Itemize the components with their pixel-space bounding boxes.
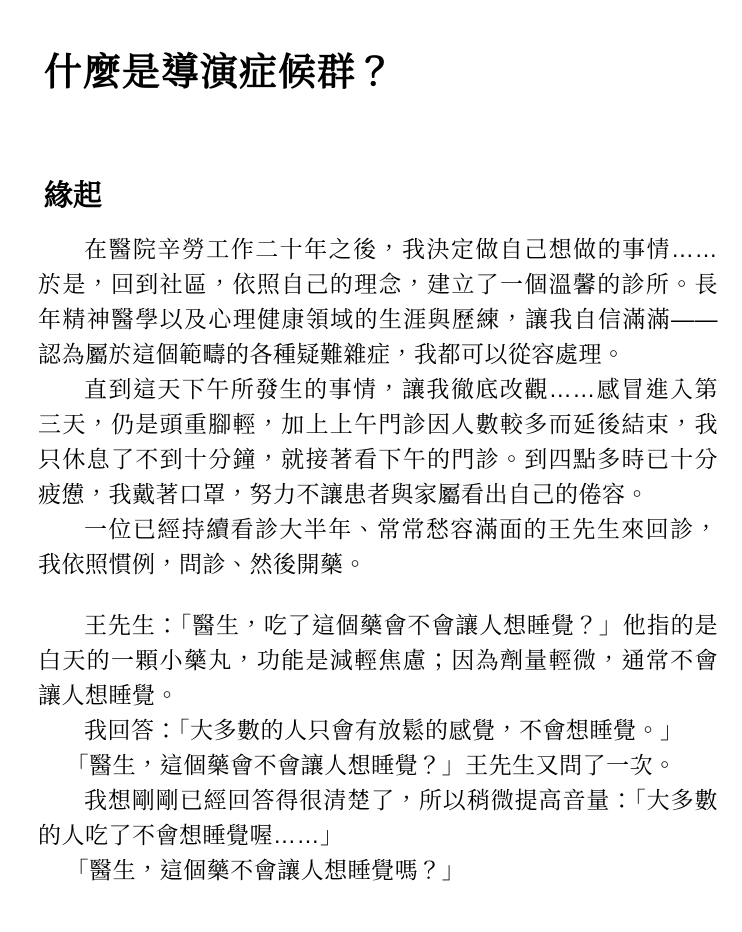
document-page: 什麼是導演症候群？ 緣起 在醫院辛勞工作二十年之後，我決定做自己想做的事情……於… <box>0 0 742 932</box>
paragraph-question-repeat-2: 「醫生，這個藥不會讓人想睡覺嗎？」 <box>38 853 718 888</box>
paragraph-mr-wang-question: 王先生：「醫生，吃了這個藥會不會讓人想睡覺？」他指的是白天的一顆小藥丸，功能是減… <box>38 608 718 713</box>
paragraph-raised-voice-answer: 我想剛剛已經回答得很清楚了，所以稍微提高音量：「大多數的人吃了不會想睡覺喔……」 <box>38 783 718 853</box>
paragraph-question-repeat-1: 「醫生，這個藥會不會讓人想睡覺？」王先生又問了一次。 <box>38 748 718 783</box>
page-title: 什麼是導演症候群？ <box>38 0 718 96</box>
paragraph-origin-intro: 在醫院辛勞工作二十年之後，我決定做自己想做的事情……於是，回到社區，依照自己的理… <box>38 232 718 372</box>
paragraph-mr-wang-visit: 一位已經持續看診大半年、常常愁容滿面的王先生來回診，我依照慣例，問診、然後開藥。 <box>38 512 718 582</box>
paragraph-doctor-answer: 我回答：「大多數的人只會有放鬆的感覺，不會想睡覺。」 <box>38 713 718 748</box>
paragraph-afternoon-events: 直到這天下午所發生的事情，讓我徹底改觀……感冒進入第三天，仍是頭重腳輕，加上上午… <box>38 372 718 512</box>
section-heading: 緣起 <box>38 178 718 214</box>
body-text: 在醫院辛勞工作二十年之後，我決定做自己想做的事情……於是，回到社區，依照自己的理… <box>38 232 718 888</box>
